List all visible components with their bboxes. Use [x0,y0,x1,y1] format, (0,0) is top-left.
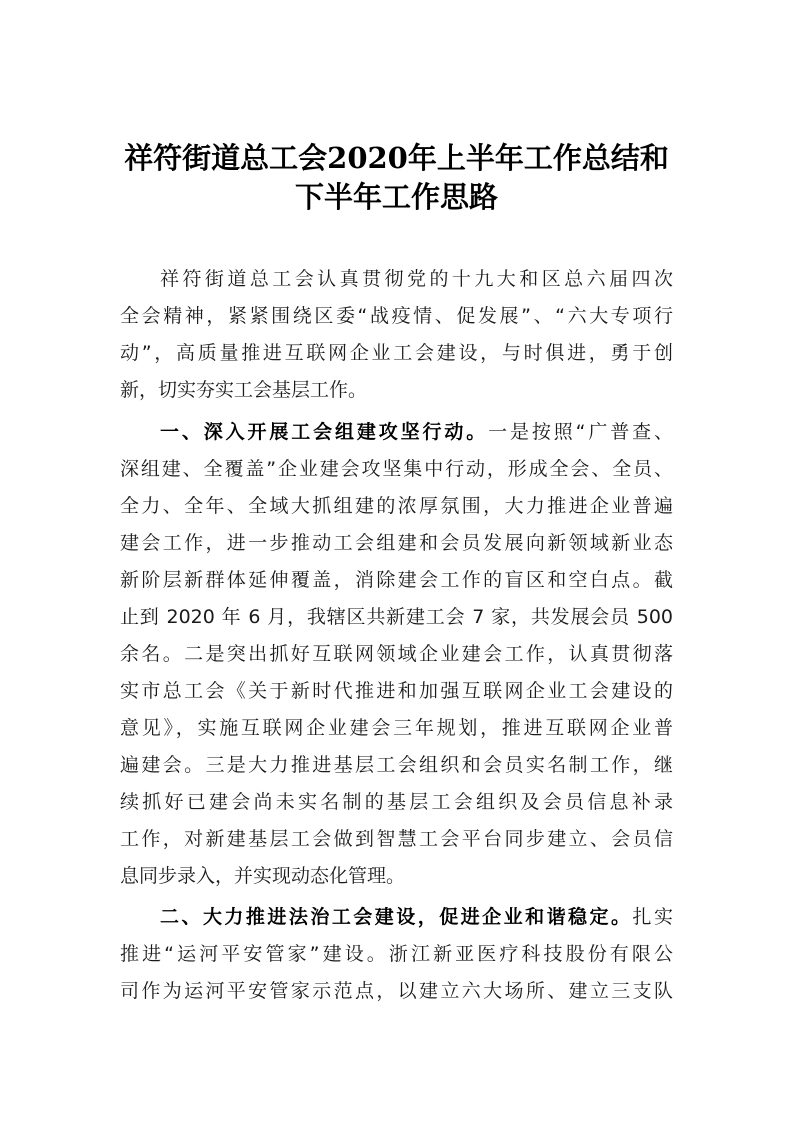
body-line: 余名。二是突出抓好互联网领域企业建会工作，认真贯彻落 [120,641,673,667]
body-line: 遍建会。三是大力推进基层工会组织和会员实名制工作，继 [120,752,673,778]
body-line: 息同步录入，并实现动态化管理。 [120,863,673,889]
document-title-line-2: 下半年工作思路 [0,177,793,217]
body-line: 司作为运河平安管家示范点，以建立六大场所、建立三支队 [120,978,673,1004]
body-line: 全力、全年、全域大抓组建的浓厚氛围，大力推进企业普遍 [120,493,673,519]
body-line: 动”，高质量推进互联网企业工会建设，与时俱进，勇于创 [120,340,673,366]
body-line: 全会精神，紧紧围绕区委“战疫情、促发展”、“六大专项行 [120,303,673,329]
document-page: 祥符街道总工会2020年上半年工作总结和 下半年工作思路 祥符街道总工会认真贯彻… [0,0,793,1122]
body-line: 止到 2020 年 6 月，我辖区共新建工会 7 家，共发展会员 500 [120,604,673,630]
body-line: 续抓好已建会尚未实名制的基层工会组织及会员信息补录 [120,789,673,815]
body-line: 建会工作，进一步推动工会组建和会员发展向新领域新业态 [120,530,673,556]
section-heading-2: 二、大力推进法治工会建设，促进企业和谐稳定。 [160,906,633,928]
section-heading-line: 二、大力推进法治工会建设，促进企业和谐稳定。扎实 [160,904,673,930]
document-title-line-1: 祥符街道总工会2020年上半年工作总结和 [0,138,793,178]
body-line: 祥符街道总工会认真贯彻党的十九大和区总六届四次 [160,266,673,292]
body-line: 意见》，实施互联网企业建会三年规划，推进互联网企业普 [120,715,673,741]
body-line: 新阶层新群体延伸覆盖，消除建会工作的盲区和空白点。截 [120,567,673,593]
body-line: 实市总工会《关于新时代推进和加强互联网企业工会建设的 [120,678,673,704]
body-line: 工作，对新建基层工会做到智慧工会平台同步建立、会员信 [120,826,673,852]
section-heading-1: 一、深入开展工会组建攻坚行动。 [160,421,488,443]
body-line: 深组建、全覆盖”企业建会攻坚集中行动，形成全会、全员、 [120,456,673,482]
body-line: 推进“运河平安管家”建设。浙江新亚医疗科技股份有限公 [120,941,673,967]
section-heading-line: 一、深入开展工会组建攻坚行动。一是按照“广普查、 [160,419,673,445]
body-line: 新，切实夯实工会基层工作。 [120,377,673,403]
